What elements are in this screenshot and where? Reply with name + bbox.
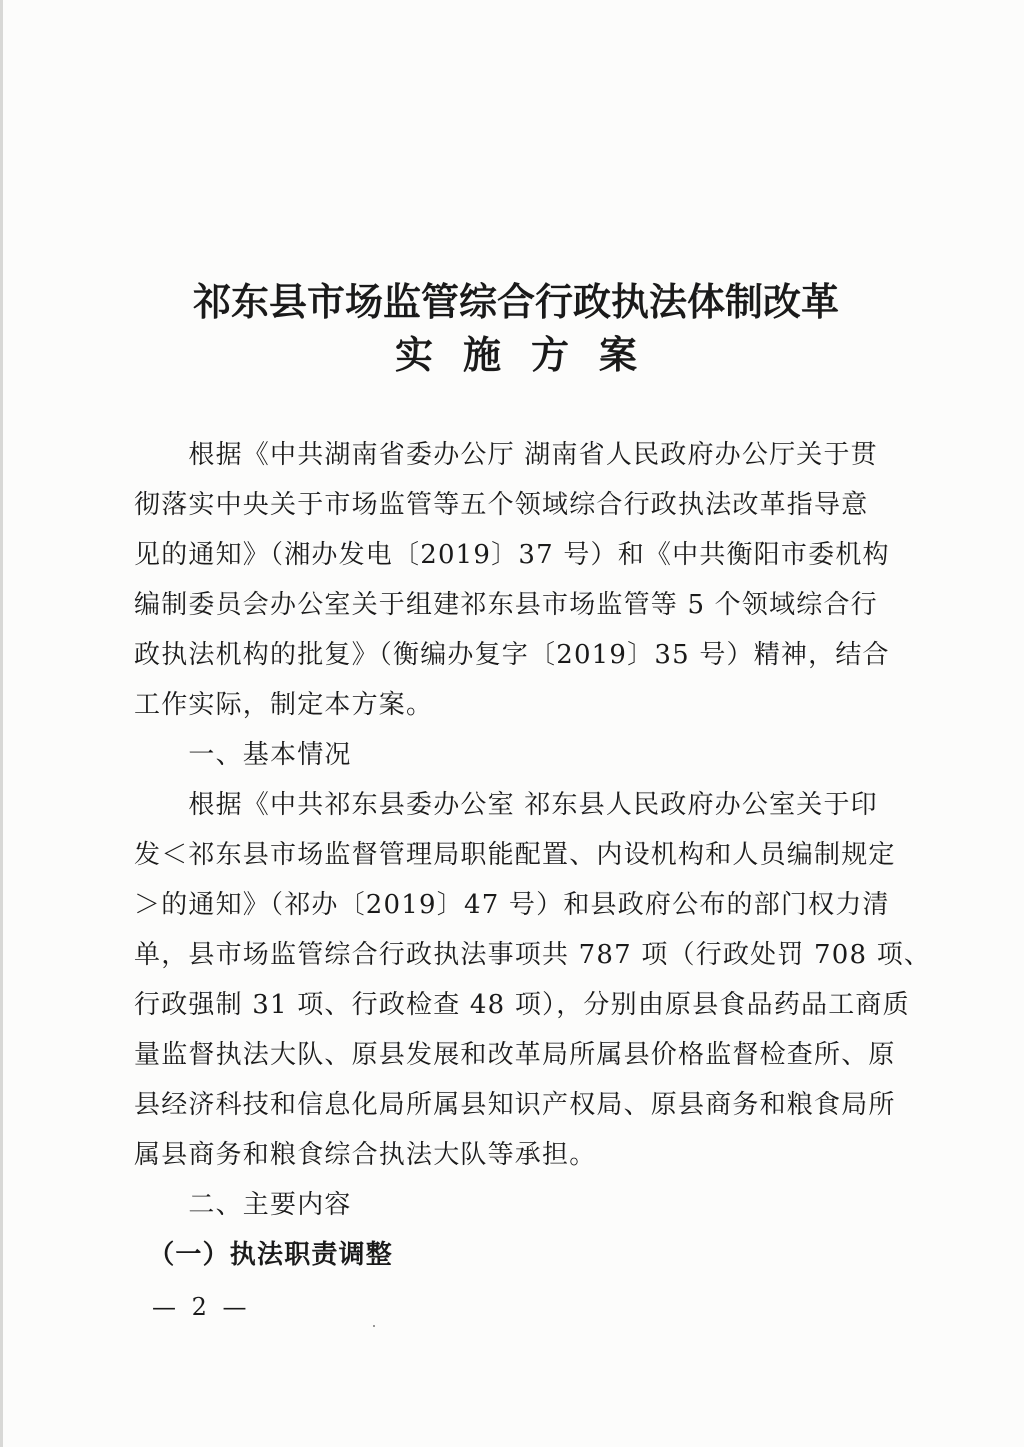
subsection-heading: （一）执法职责调整	[134, 1237, 894, 1273]
body-line: 行政强制 31 项、行政检查 48 项），分别由原县食品药品工商质	[134, 987, 894, 1023]
page-number: — 2 —	[152, 1292, 251, 1322]
body-line: 根据《中共湖南省委办公厅 湖南省人民政府办公厅关于贯	[134, 437, 894, 473]
body-line: 政执法机构的批复》（衡编办复字〔2019〕35 号）精神，结合	[134, 637, 894, 673]
section-heading-main: 二、主要内容	[134, 1187, 894, 1223]
body-line: 发＜祁东县市场监督管理局职能配置、内设机构和人员编制规定	[134, 837, 894, 873]
scan-speck	[373, 1325, 375, 1327]
body-line: 根据《中共祁东县委办公室 祁东县人民政府办公室关于印	[134, 787, 894, 823]
scan-edge	[0, 0, 3, 1447]
body-line: ＞的通知》（祁办〔2019〕47 号）和县政府公布的部门权力清	[134, 887, 894, 923]
body-line: 工作实际，制定本方案。	[134, 687, 894, 723]
body-line: 单，县市场监管综合行政执法事项共 787 项（行政处罚 708 项、	[134, 937, 894, 973]
body-line: 见的通知》（湘办发电〔2019〕37 号）和《中共衡阳市委机构	[134, 537, 894, 573]
body-line: 属县商务和粮食综合执法大队等承担。	[134, 1137, 894, 1173]
body-line: 量监督执法大队、原县发展和改革局所属县价格监督检查所、原	[134, 1037, 894, 1073]
document-title: 祁东县市场监管综合行政执法体制改革	[186, 277, 846, 327]
document-page: 祁东县市场监管综合行政执法体制改革 实施方案 根据《中共湖南省委办公厅 湖南省人…	[0, 0, 1024, 1447]
document-subtitle: 实施方案	[186, 330, 846, 380]
body-line: 编制委员会办公室关于组建祁东县市场监管等 5 个领域综合行	[134, 587, 894, 623]
section-heading-basic: 一、基本情况	[134, 737, 894, 773]
body-line: 彻落实中央关于市场监管等五个领域综合行政执法改革指导意	[134, 487, 894, 523]
body-line: 县经济科技和信息化局所属县知识产权局、原县商务和粮食局所	[134, 1087, 894, 1123]
